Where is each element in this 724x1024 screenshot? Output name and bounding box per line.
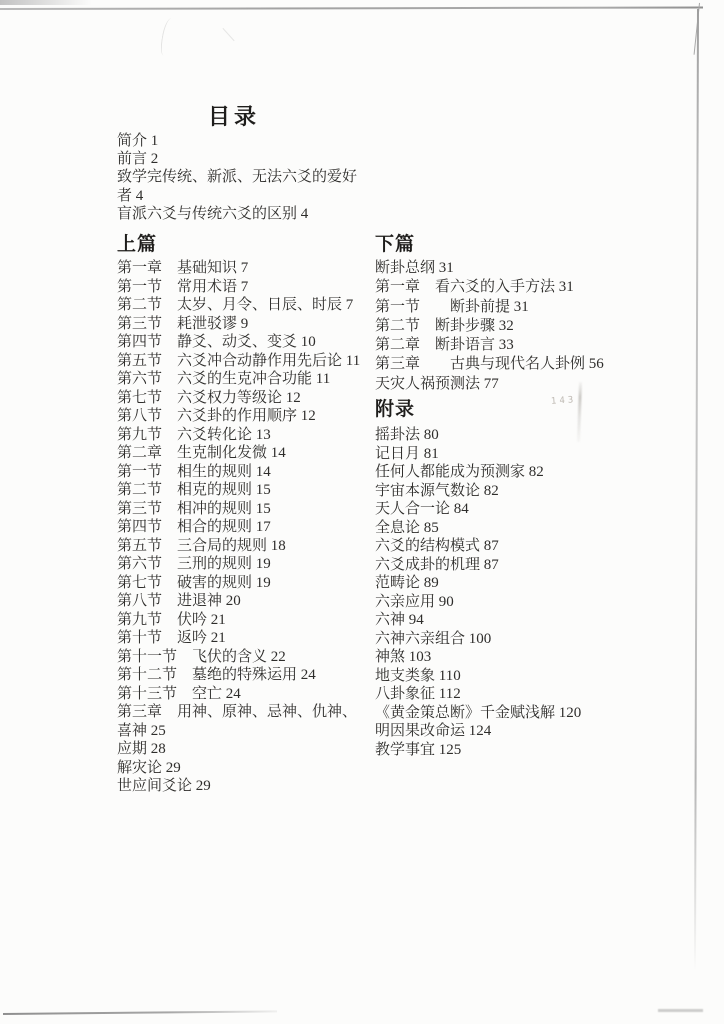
toc-entry: 天灾人祸预测法 77: [375, 375, 604, 394]
toc-entry: 宇宙本源气数论 82: [375, 482, 581, 501]
toc-entry: 第二节 断卦步骤 32: [375, 317, 604, 336]
scan-edge-top-left: [0, 0, 92, 5]
toc-entry: 六爻的结构模式 87: [375, 537, 581, 556]
toc-entry: 第六节 六爻的生克冲合功能 11: [117, 370, 360, 389]
toc-entry: 六亲应用 90: [375, 593, 581, 612]
toc-entry: 六神 94: [375, 611, 581, 630]
section-heading-appendix: 附录: [375, 394, 415, 421]
toc-entry: 第六节 三刑的规则 19: [117, 555, 360, 574]
toc-entry: 第三章 用神、原神、忌神、仇神、: [117, 703, 360, 722]
toc-entry: 者 4: [117, 187, 357, 205]
toc-entry: 第一章 基础知识 7: [117, 259, 360, 278]
toc-entry: 明因果改命运 124: [375, 722, 581, 741]
toc-entry: 喜神 25: [117, 722, 360, 741]
toc-entry: 第八节 进退神 20: [117, 592, 360, 611]
toc-entry: 第三章 古典与现代名人卦例 56: [375, 355, 604, 374]
toc-entry: 第一节 常用术语 7: [117, 278, 360, 297]
toc-entry: 简介 1: [117, 132, 357, 150]
toc-entry: 神煞 103: [375, 648, 581, 667]
toc-entry: 前言 2: [117, 150, 357, 168]
toc-entry: 第五节 三合局的规则 18: [117, 537, 360, 556]
toc-entry: 全息论 85: [375, 519, 581, 538]
scan-edge-bottom-line: [3, 1010, 277, 1014]
toc-entry: 第四节 静爻、动爻、变爻 10: [117, 333, 360, 352]
toc-entry: 第十节 返吟 21: [117, 629, 360, 648]
toc-entry: 八卦象征 112: [375, 685, 581, 704]
scan-edge-right-line: [694, 9, 699, 971]
scan-mark-bottom-right: [658, 1009, 703, 1012]
toc-entry: 第二节 太岁、月令、日辰、时辰 7: [117, 296, 360, 315]
toc-entry: 第三节 耗泄驳谬 9: [117, 315, 360, 334]
toc-entry: 六神六亲组合 100: [375, 630, 581, 649]
toc-entry: 第十一节 飞伏的含义 22: [117, 648, 360, 667]
toc-entry: 致学完传统、新派、无法六爻的爱好: [117, 168, 357, 186]
toc-entry: 第九节 六爻转化论 13: [117, 426, 360, 445]
toc-entry: 第十三节 空亡 24: [117, 685, 360, 704]
toc-entry: 第二章 断卦语言 33: [375, 336, 604, 355]
toc-entry: 断卦总纲 31: [375, 259, 604, 278]
toc-entry: 任何人都能成为预测家 82: [375, 463, 581, 482]
toc-entry: 应期 28: [117, 740, 360, 759]
scanned-page: 143 目录 简介 1前言 2致学完传统、新派、无法六爻的爱好者 4盲派六爻与传…: [0, 0, 724, 1024]
scan-squiggle-artifact: [159, 17, 176, 56]
toc-upper-list: 第一章 基础知识 7第一节 常用术语 7第二节 太岁、月令、日辰、时辰 7第三节…: [117, 259, 360, 796]
scan-edge-top-right-nick: [694, 3, 701, 55]
toc-entry: 第三节 相冲的规则 15: [117, 500, 360, 519]
section-heading-upper: 上篇: [117, 229, 157, 256]
toc-entry: 第四节 相合的规则 17: [117, 518, 360, 537]
toc-entry: 第一节 相生的规则 14: [117, 463, 360, 482]
toc-entry: 六爻成卦的机理 87: [375, 556, 581, 575]
toc-entry: 世应间爻论 29: [117, 777, 360, 796]
toc-entry: 地支类象 110: [375, 667, 581, 686]
toc-entry: 第二章 生克制化发微 14: [117, 444, 360, 463]
toc-entry: 教学事宜 125: [375, 741, 581, 760]
toc-entry: 第七节 破害的规则 19: [117, 574, 360, 593]
toc-entry: 第一节 断卦前提 31: [375, 298, 604, 317]
toc-entry: 第九节 伏吟 21: [117, 611, 360, 630]
toc-entry: 范畴论 89: [375, 574, 581, 593]
toc-entry: 第七节 六爻权力等级论 12: [117, 389, 360, 408]
scan-edge-top-line: [0, 7, 703, 10]
scan-diagonal-artifact: [222, 28, 234, 41]
pencil-mark: 143: [551, 395, 577, 407]
toc-entry: 记日月 81: [375, 445, 581, 464]
toc-entry: 摇卦法 80: [375, 426, 581, 445]
toc-entry: 第八节 六爻卦的作用顺序 12: [117, 407, 360, 426]
toc-entry: 解灾论 29: [117, 759, 360, 778]
toc-appendix-list: 摇卦法 80记日月 81任何人都能成为预测家 82宇宙本源气数论 82天人合一论…: [375, 426, 581, 759]
toc-entry: 第二节 相克的规则 15: [117, 481, 360, 500]
toc-entry: 第十二节 墓绝的特殊运用 24: [117, 666, 360, 685]
toc-entry: 盲派六爻与传统六爻的区别 4: [117, 205, 357, 223]
section-heading-lower: 下篇: [375, 229, 415, 256]
toc-intro-list: 简介 1前言 2致学完传统、新派、无法六爻的爱好者 4盲派六爻与传统六爻的区别 …: [117, 132, 357, 223]
toc-entry: 第五节 六爻冲合动静作用先后论 11: [117, 352, 360, 371]
page-title: 目录: [114, 100, 354, 131]
toc-entry: 天人合一论 84: [375, 500, 581, 519]
toc-entry: 《黄金策总断》千金赋浅解 120: [375, 704, 581, 723]
toc-lower-list: 断卦总纲 31第一章 看六爻的入手方法 31第一节 断卦前提 31第二节 断卦步…: [375, 259, 604, 394]
toc-entry: 第一章 看六爻的入手方法 31: [375, 278, 604, 297]
